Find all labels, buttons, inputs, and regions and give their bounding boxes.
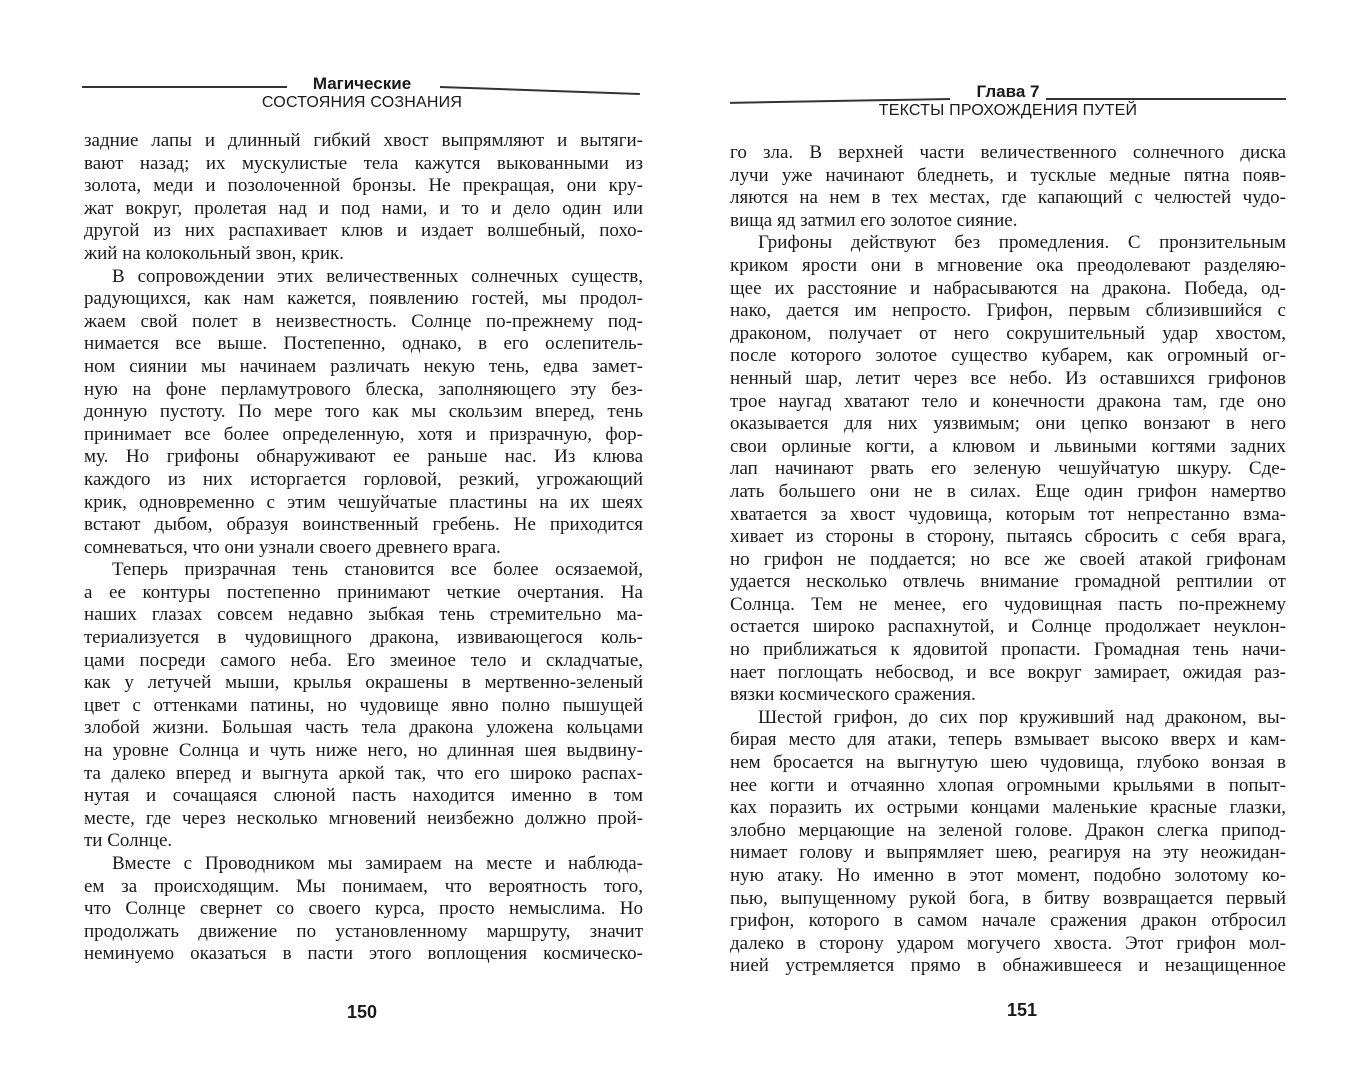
text-line: Грифоны действуют без промедления. С про…	[730, 232, 1286, 255]
text-line: ках поразить их острыми концами маленьки…	[730, 797, 1286, 820]
text-line: неминуемо оказаться в пасти этого воплощ…	[84, 943, 643, 966]
text-line: злобой жизни. Большая часть тела дракона…	[84, 717, 643, 740]
text-line: месте, где через несколько мгновений неи…	[84, 808, 643, 831]
text-line: задние лапы и длинный гибкий хвост выпря…	[84, 130, 643, 153]
text-line: вища яд затмил его золотое сияние.	[730, 210, 1286, 233]
text-line: го зла. В верхней части величественного …	[730, 142, 1286, 165]
page-body-text: задние лапы и длинный гибкий хвост выпря…	[84, 130, 643, 966]
right-page: Глава 7 ТЕКСТЫ ПРОХОЖДЕНИЯ ПУТЕЙ го зла.…	[686, 0, 1372, 1080]
text-line: та далеко вперед и выгнута аркой так, чт…	[84, 763, 643, 786]
text-line: после которого золотое существо кубарем,…	[730, 345, 1286, 368]
text-line: Шестой грифон, до сих пор круживший над …	[730, 707, 1286, 730]
text-line: оказывается для них уязвимым; они цепко …	[730, 413, 1286, 436]
text-line: сомневаться, что они узнали своего древн…	[84, 537, 643, 560]
text-line: золота, меди и позолоченной бронзы. Не п…	[84, 175, 643, 198]
text-line: му. Но грифоны обнаруживают ее раньше на…	[84, 446, 643, 469]
text-line: бирая место для атаки, теперь взмывает в…	[730, 729, 1286, 752]
text-line: а ее контуры постепенно принимают четкие…	[84, 582, 643, 605]
text-line: каждого из них исторгается горловой, рез…	[84, 469, 643, 492]
text-line: далеко в сторону ударом могучего хвоста.…	[730, 933, 1286, 956]
text-line: щее их расстояние и набрасываются на дра…	[730, 278, 1286, 301]
text-line: принимает все более определенную, хотя и…	[84, 424, 643, 447]
text-line: но приближаться к ядовитой пропасти. Гро…	[730, 639, 1286, 662]
text-line: на уровне Солнца и чуть ниже него, но дл…	[84, 740, 643, 763]
text-line: вязки космического сражения.	[730, 684, 1286, 707]
text-line: донную пустоту. По мере того как мы скол…	[84, 401, 643, 424]
text-line: остается широко распахнутой, и Солнце пр…	[730, 616, 1286, 639]
text-line: нимается все выше. Постепенно, однако, в…	[84, 333, 643, 356]
header-title: Глава 7	[730, 82, 1286, 102]
text-line: В сопровождении этих величественных солн…	[84, 266, 643, 289]
running-header: Глава 7 ТЕКСТЫ ПРОХОЖДЕНИЯ ПУТЕЙ	[730, 82, 1286, 120]
text-line: ем за происходящим. Мы понимаем, что вер…	[84, 876, 643, 899]
text-line: злобно мерцающие на зеленой голове. Драк…	[730, 820, 1286, 843]
text-line: другой из них распахивает клюв и издает …	[84, 220, 643, 243]
text-line: жий на колокольный звон, крик.	[84, 243, 643, 266]
header-subtitle: СОСТОЯНИЯ СОЗНАНИЯ	[82, 94, 642, 112]
text-line: Солнца. Тем не менее, его чудовищная пас…	[730, 594, 1286, 617]
text-line: нее когти и отчаянно хлопая огромными кр…	[730, 775, 1286, 798]
text-line: лать большего они не в силах. Еще один г…	[730, 481, 1286, 504]
text-line: цвет с оттенками патины, но чудовище явн…	[84, 695, 643, 718]
text-line: хватается за хвост чудовища, которым тот…	[730, 504, 1286, 527]
text-line: нает поглощать небосвод, и все вокруг за…	[730, 662, 1286, 685]
text-line: свои орлиные когти, а клювом и львиными …	[730, 436, 1286, 459]
text-line: цами посреди самого неба. Его змеиное те…	[84, 650, 643, 673]
text-line: крик, одновременно с этим чешуйчатые пла…	[84, 492, 643, 515]
text-line: как у летучей мыши, крылья окрашены в ме…	[84, 672, 643, 695]
text-line: трое наугад хватают тело и конечности др…	[730, 391, 1286, 414]
text-line: драконом, получает от него сокрушительны…	[730, 323, 1286, 346]
text-line: нутая и сочащаяся слюной пасть находится…	[84, 785, 643, 808]
header-title: Магические	[82, 74, 642, 94]
header-subtitle: ТЕКСТЫ ПРОХОЖДЕНИЯ ПУТЕЙ	[730, 102, 1286, 120]
text-line: ном сиянии мы начинаем различать некую т…	[84, 356, 643, 379]
text-line: пью, выпущенному рукой бога, в битву воз…	[730, 888, 1286, 911]
text-line: криком ярости они в мгновение ока преодо…	[730, 255, 1286, 278]
text-line: нако, дается им непросто. Грифон, первым…	[730, 300, 1286, 323]
text-line: Теперь призрачная тень становится все бо…	[84, 559, 643, 582]
text-line: продолжать движение по установленному ма…	[84, 921, 643, 944]
page-body-text: го зла. В верхней части величественного …	[730, 142, 1286, 978]
text-line: ную атаку. Но именно в этот момент, подо…	[730, 865, 1286, 888]
text-line: нией устремляется прямо в обнажившееся и…	[730, 955, 1286, 978]
text-line: нимает голову и выпрямляет шею, реагируя…	[730, 842, 1286, 865]
text-line: Вместе с Проводником мы замираем на мест…	[84, 853, 643, 876]
text-line: жат вокруг, пролетая над и под нами, и т…	[84, 198, 643, 221]
text-line: радующихся, как нам кажется, появлению г…	[84, 288, 643, 311]
text-line: лучи уже начинают бледнеть, и тусклые ме…	[730, 165, 1286, 188]
text-line: удается несколько отвлечь внимание грома…	[730, 571, 1286, 594]
text-line: ляются на нем в тех местах, где капающий…	[730, 187, 1286, 210]
text-line: жаем свой полет в неизвестность. Солнце …	[84, 311, 643, 334]
left-page: Магические СОСТОЯНИЯ СОЗНАНИЯ задние лап…	[0, 0, 686, 1080]
text-line: ти Солнце.	[84, 830, 643, 853]
text-line: но грифон не поддается; но все же своей …	[730, 549, 1286, 572]
text-line: что Солнце свернет со своего курса, прос…	[84, 898, 643, 921]
page-number: 150	[312, 1002, 412, 1023]
running-header: Магические СОСТОЯНИЯ СОЗНАНИЯ	[82, 74, 642, 112]
text-line: нем бросается на выгнутую шею чудовища, …	[730, 752, 1286, 775]
text-line: лап начинают рвать его зеленую чешуйчату…	[730, 458, 1286, 481]
text-line: ную на фоне перламутрового блеска, запол…	[84, 379, 643, 402]
text-line: ненный шар, летит через все небо. Из ост…	[730, 368, 1286, 391]
text-line: хивает из стороны в сторону, пытаясь сбр…	[730, 526, 1286, 549]
text-line: вают назад; их мускулистые тела кажутся …	[84, 153, 643, 176]
text-line: наших глазах совсем недавно зыбкая тень …	[84, 604, 643, 627]
page-number: 151	[972, 1000, 1072, 1021]
text-line: териализуется в чудовищного дракона, изв…	[84, 627, 643, 650]
text-line: встают дыбом, образуя воинственный гребе…	[84, 514, 643, 537]
text-line: грифон, которого в самом начале сражения…	[730, 910, 1286, 933]
